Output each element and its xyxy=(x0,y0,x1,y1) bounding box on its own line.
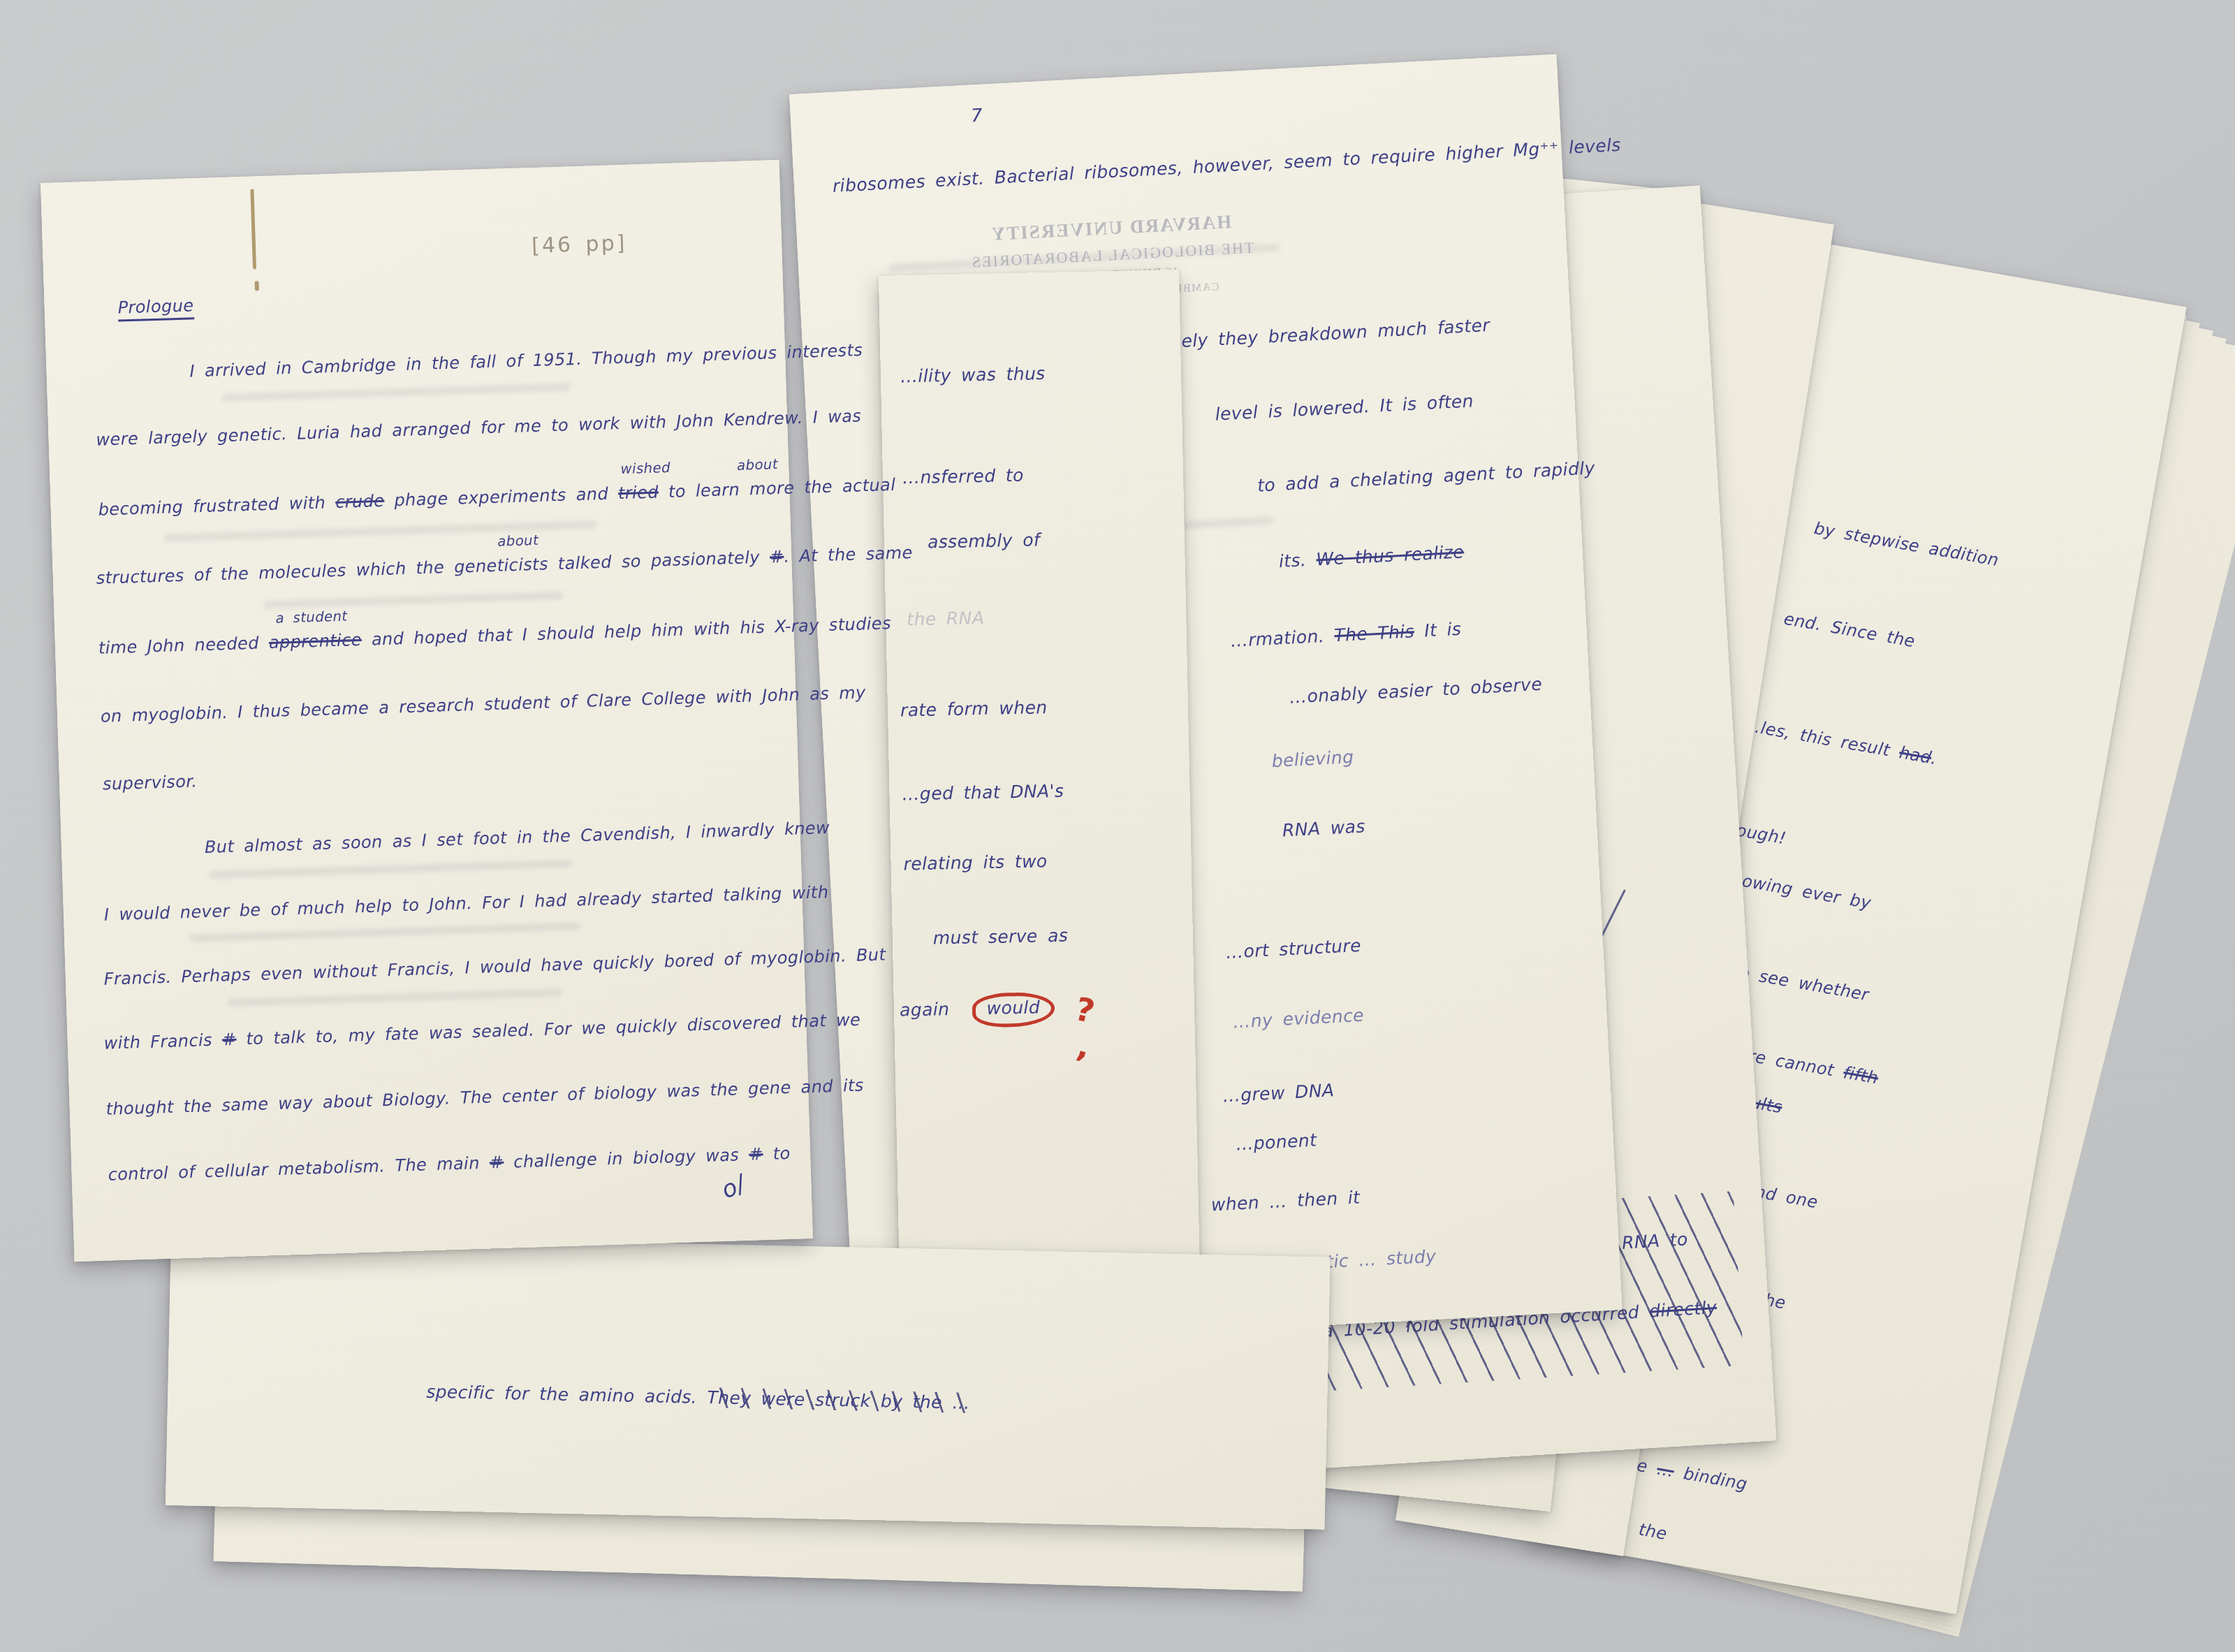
sheet-strip: …ility was thus …nsferred to assembly of… xyxy=(879,270,1202,1394)
red-question-mark: ? xyxy=(1072,990,1099,1031)
handwriting-fragment: …ility was thus xyxy=(900,363,1046,386)
sheet-front-prologue: [46 pp] Prologue I arrived in Cambridge … xyxy=(41,160,813,1262)
handwriting-fragment: to see whether xyxy=(1731,961,1870,1004)
handwriting-fragment: …grew DNA xyxy=(1222,1080,1335,1106)
handwriting-fragment: when … then it xyxy=(1210,1187,1361,1215)
handwriting-line: time John needed a studentapprentice and… xyxy=(98,613,892,658)
handwriting-fragment: …ort structure xyxy=(1225,935,1361,963)
handwriting-line: were largely genetic. Luria had arranged… xyxy=(96,406,862,449)
handwriting-fragment-with-red-circle: again would ? , xyxy=(900,991,1096,1033)
handwriting-fragment: rate form when xyxy=(900,697,1048,720)
handwriting-fragment: must serve as xyxy=(933,926,1069,949)
handwriting-fragment: believing xyxy=(1271,747,1354,771)
page-count-annotation: [46 pp] xyxy=(532,231,627,258)
handwriting-fragment: …nsferred to xyxy=(902,465,1024,488)
handwriting-fragment: assembly of xyxy=(928,529,1041,552)
handwriting-line: to add a chelating agent to rapidly xyxy=(1256,458,1595,495)
handwriting-line: ribosomes exist. Bacterial ribosomes, ho… xyxy=(832,135,1621,196)
handwriting-fragment: relating its two xyxy=(903,851,1048,874)
handwriting-line: Francis. Perhaps even without Francis, I… xyxy=(103,945,886,989)
red-circled-word: would xyxy=(972,992,1055,1028)
section-heading: Prologue xyxy=(117,295,194,321)
handwriting-fragment: the RNA xyxy=(907,608,985,629)
handwriting-line: its. We thus realize xyxy=(1278,541,1465,571)
slashed-out-words: They were struck by the … xyxy=(707,1387,970,1413)
handwriting-fragment: …ged that DNA's xyxy=(902,781,1064,805)
handwriting-line: aboutstructures of the molecules which t… xyxy=(96,543,913,588)
handwriting-line: becoming frustrated with crude phage exp… xyxy=(98,475,895,520)
handwriting-line: thought the same way about Biology. The … xyxy=(105,1076,864,1119)
handwriting-fragment: end. Since the xyxy=(1782,609,1917,652)
sheet-bottom: specific for the amino acids. They were … xyxy=(166,1233,1331,1530)
handwriting-line: supervisor. xyxy=(103,771,198,794)
paper-stain xyxy=(250,189,256,269)
handwriting-fragment: by stepwise addition xyxy=(1812,518,2000,570)
handwriting-line: But almost as soon as I set foot in the … xyxy=(205,818,830,857)
handwriting-fragment: …ponent xyxy=(1236,1130,1317,1155)
handwriting-line: I would never be of much help to John. F… xyxy=(104,882,829,925)
photo-of-manuscript-pages: by stepwise addition end. Since the …les… xyxy=(0,0,2235,1652)
handwriting-line: I arrived in Cambridge in the fall of 19… xyxy=(189,340,863,381)
handwriting-line: …onably easier to observe xyxy=(1289,674,1542,708)
page-number-mark: 7 xyxy=(970,105,983,127)
handwriting-line: control of cellular metabolism. The main… xyxy=(108,1143,791,1185)
handwriting-line: with Francis # to talk to, my fate was s… xyxy=(103,1010,860,1053)
handwriting-line: level is lowered. It is often xyxy=(1215,390,1474,424)
handwriting-line: on myoglobin. I thus became a research s… xyxy=(101,682,866,726)
paper-stain xyxy=(255,281,259,291)
handwriting-fragment: RNA was xyxy=(1282,816,1365,840)
red-tick-mark: , xyxy=(1073,1029,1095,1067)
page-bottom-mark: o/ xyxy=(717,1170,749,1205)
handwriting-fragment: …les, this result had. xyxy=(1743,715,1939,768)
handwriting-line: …rmation. The This It is xyxy=(1230,619,1462,651)
handwriting-line: specific for the amino acids. They were … xyxy=(426,1382,970,1413)
handwriting-fragment: …ny evidence xyxy=(1233,1005,1365,1032)
